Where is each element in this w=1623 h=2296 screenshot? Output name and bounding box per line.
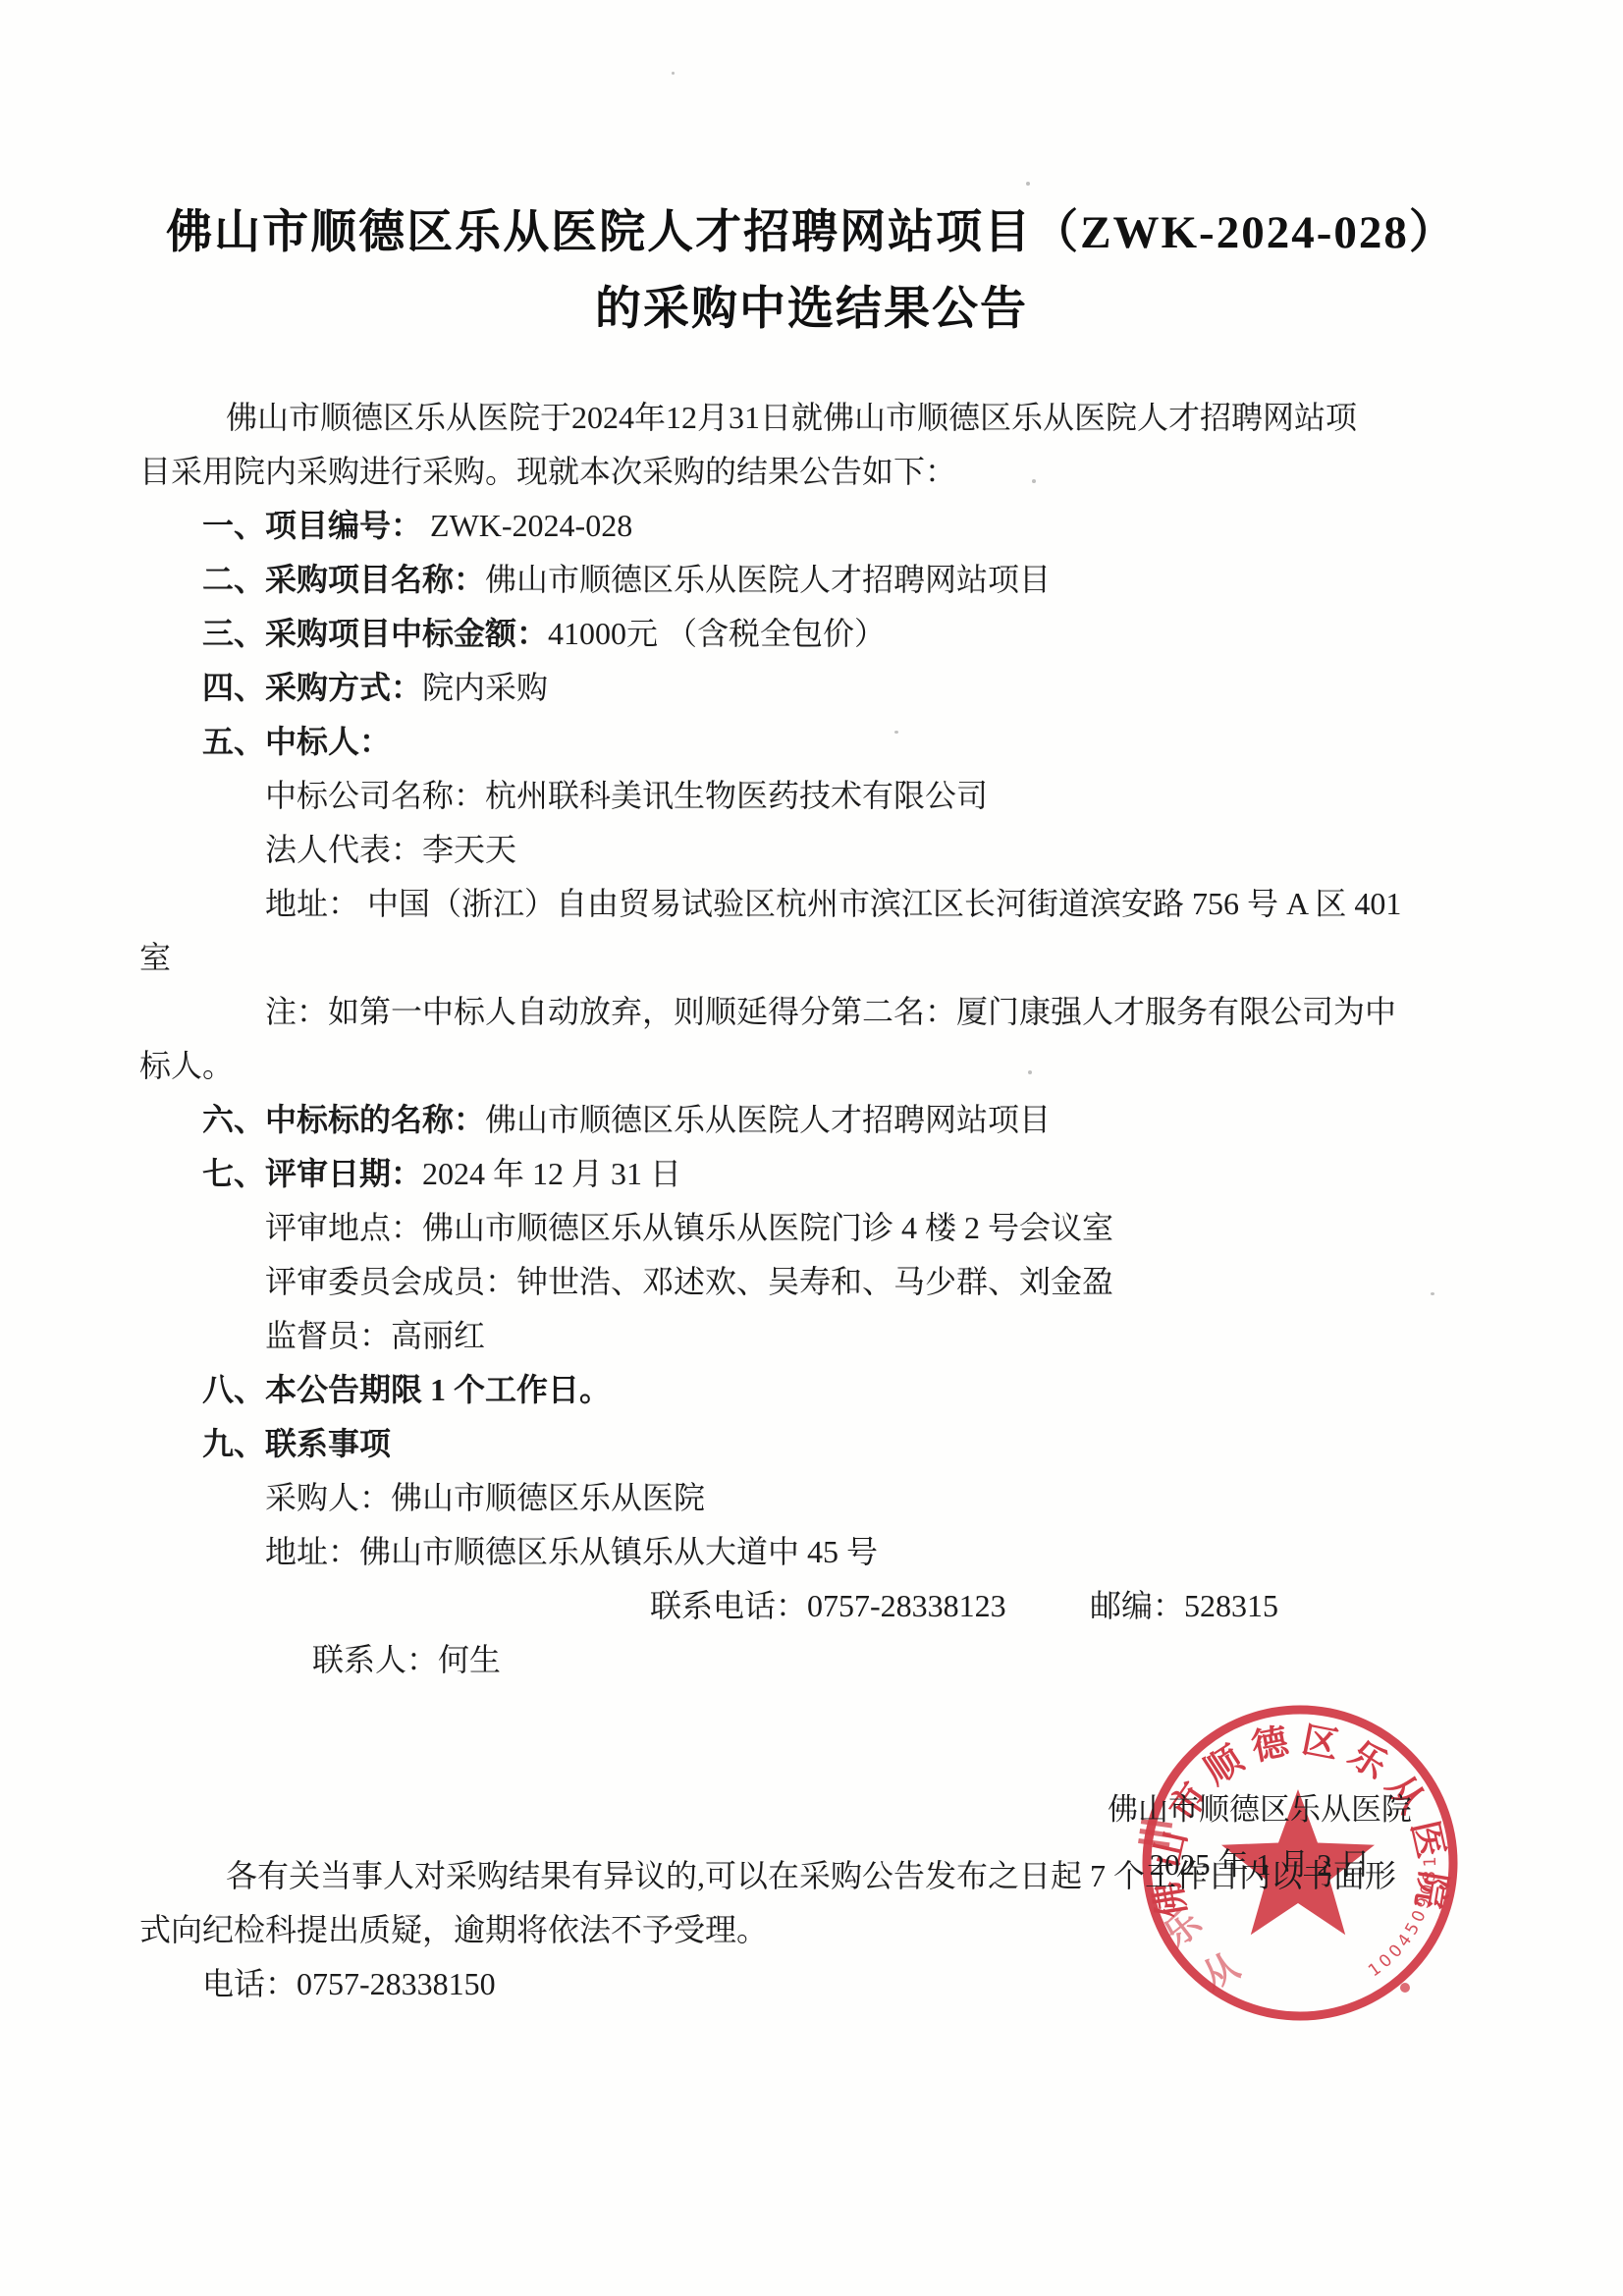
doc-line: 地址：佛山市顺德区乐从镇乐从大道中 45 号 — [139, 1525, 1445, 1579]
doc-line: 标人。 — [139, 1039, 1445, 1093]
doc-line: 二、采购项目名称：佛山市顺德区乐从医院人才招聘网站项目 — [139, 553, 1445, 607]
doc-line: 室 — [139, 931, 1445, 985]
contact-person: 联系人：何生 — [312, 1642, 501, 1677]
doc-line: 式向纪检科提出质疑，逾期将依法不予受理。 — [139, 1903, 1445, 1957]
doc-line: 三、采购项目中标金额：41000元 （含税全包价） — [139, 607, 1445, 661]
doc-line: 八、本公告期限 1 个工作日。 — [139, 1363, 1445, 1417]
page-title: 佛山市顺德区乐从医院人才招聘网站项目（ZWK-2024-028） 的采购中选结果… — [0, 194, 1623, 348]
signature-date: 2025 年 1 月 2 日 — [1098, 1846, 1422, 1884]
doc-line: 六、中标标的名称：佛山市顺德区乐从医院人才招聘网站项目 — [139, 1093, 1445, 1147]
doc-line: 七、评审日期：2024 年 12 月 31 日 — [139, 1147, 1445, 1201]
doc-line: 注：如第一中标人自动放弃，则顺延得分第二名：厦门康强人才服务有限公司为中 — [139, 985, 1445, 1039]
doc-line: 九、联系事项 — [139, 1417, 1445, 1471]
doc-line: 目采用院内采购进行采购。现就本次采购的结果公告如下： — [139, 445, 1445, 499]
document-body: 佛山市顺德区乐从医院于2024年12月31日就佛山市顺德区乐从医院人才招聘网站项… — [139, 391, 1445, 2011]
contact-phone: 联系电话：0757-28338123 — [650, 1579, 1006, 1633]
doc-line: 佛山市顺德区乐从医院于2024年12月31日就佛山市顺德区乐从医院人才招聘网站项 — [139, 391, 1445, 445]
scanned-document-page: 佛山市顺德区乐从医院人才招聘网站项目（ZWK-2024-028） 的采购中选结果… — [0, 0, 1623, 2296]
doc-line: 采购人：佛山市顺德区乐从医院 — [139, 1471, 1445, 1525]
doc-line: 法人代表：李天天 — [139, 823, 1445, 877]
doc-line: 评审地点：佛山市顺德区乐从镇乐从医院门诊 4 楼 2 号会议室 — [139, 1201, 1445, 1255]
signature-block: 佛山市顺德区乐从医院 2025 年 1 月 2 日 — [1098, 1791, 1422, 1884]
doc-line: 四、采购方式：院内采购 — [139, 661, 1445, 715]
contact-zip: 邮编：528315 — [1090, 1579, 1278, 1633]
scan-speck — [1026, 182, 1030, 186]
doc-line: 评审委员会成员：钟世浩、邓述欢、吴寿和、马少群、刘金盈 — [139, 1255, 1445, 1309]
doc-line: 监督员：高丽红 — [139, 1309, 1445, 1363]
page-title-line2: 的采购中选结果公告 — [0, 271, 1623, 348]
doc-line: 电话：0757-28338150 — [139, 1957, 1445, 2011]
page-title-line1: 佛山市顺德区乐从医院人才招聘网站项目（ZWK-2024-028） — [0, 194, 1623, 271]
doc-line: 一、项目编号： ZWK-2024-028 — [139, 499, 1445, 553]
signature-org: 佛山市顺德区乐从医院 — [1098, 1791, 1422, 1829]
doc-line: 中标公司名称：杭州联科美讯生物医药技术有限公司 — [139, 769, 1445, 823]
scan-speck — [672, 72, 675, 75]
doc-line: 地址： 中国（浙江）自由贸易试验区杭州市滨江区长河街道滨安路 756 号 A 区… — [139, 877, 1445, 931]
doc-line: 五、中标人： — [139, 715, 1445, 769]
